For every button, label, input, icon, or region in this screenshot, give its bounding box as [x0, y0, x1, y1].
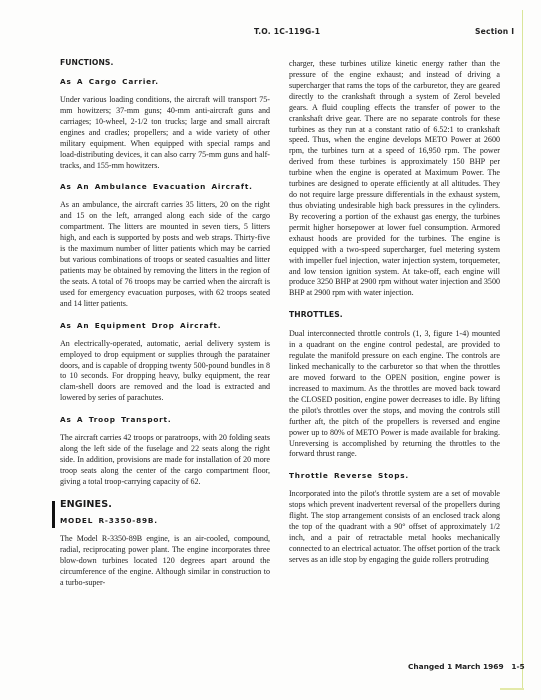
reverse-stops-paragraph: Incorporated into the pilot's throttle s…: [289, 489, 500, 565]
section-label: Section I: [475, 27, 514, 36]
troop-transport-heading: As A Troop Transport.: [60, 415, 270, 425]
page-edge-line: [522, 10, 523, 690]
equipment-drop-heading: As An Equipment Drop Aircraft.: [60, 321, 270, 331]
engines-section: ENGINES. MODEL R-3350-89B.: [60, 499, 270, 526]
troop-transport-paragraph: The aircraft carries 42 troops or paratr…: [60, 433, 270, 488]
equipment-drop-paragraph: An electrically-operated, automatic, aer…: [60, 339, 270, 405]
change-bar: [52, 501, 55, 528]
right-column: charger, these turbines utilize kinetic …: [289, 59, 500, 577]
ambulance-heading: As An Ambulance Evacuation Aircraft.: [60, 182, 270, 192]
throttles-heading: THROTTLES.: [289, 310, 500, 320]
page-footer: Changed 1 March 1969 1-5: [408, 662, 525, 671]
ambulance-paragraph: As an ambulance, the aircraft carries 35…: [60, 200, 270, 309]
engines-heading: ENGINES.: [60, 499, 270, 511]
model-paragraph-continued: charger, these turbines utilize kinetic …: [289, 59, 500, 299]
reverse-stops-heading: Throttle Reverse Stops.: [289, 471, 500, 481]
model-paragraph-start: The Model R-3350-89B engine, is an air-c…: [60, 534, 270, 589]
document-number: T.O. 1C-119G-1: [254, 27, 320, 36]
cargo-paragraph: Under various loading conditions, the ai…: [60, 95, 270, 171]
model-heading: MODEL R-3350-89B.: [60, 516, 270, 526]
throttles-paragraph: Dual interconnected throttle controls (1…: [289, 329, 500, 460]
cargo-heading: As A Cargo Carrier.: [60, 77, 270, 87]
change-note: Changed 1 March 1969: [408, 662, 504, 671]
left-column: FUNCTIONS. As A Cargo Carrier. Under var…: [60, 58, 270, 599]
page-number: 1-5: [511, 662, 524, 671]
functions-heading: FUNCTIONS.: [60, 58, 270, 68]
page-edge-foot: [500, 688, 524, 690]
manual-page: T.O. 1C-119G-1 Section I FUNCTIONS. As A…: [0, 0, 541, 700]
